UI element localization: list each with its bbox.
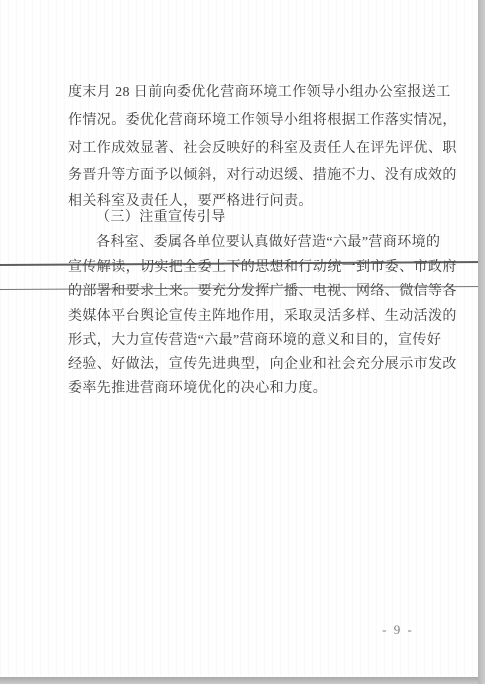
section-heading: （三）注重宣传引导 bbox=[96, 209, 434, 229]
page-number: - 9 - bbox=[372, 622, 424, 638]
body-text-line: 宣传解读，切实把全委上下的思想和行动统一到市委、市政府 bbox=[68, 259, 434, 279]
body-text-line: 的部署和要求上来。要充分发挥广播、电视、网络、微信等各 bbox=[68, 283, 434, 303]
document-page: 度末月 28 日前向委优化营商环境工作领导小组办公室报送工 作情况。委优化营商环… bbox=[0, 0, 478, 677]
body-text-line: 经验、好做法，宣传先进典型，向企业和社会充分展示市发改 bbox=[68, 356, 434, 376]
scan-background: 度末月 28 日前向委优化营商环境工作领导小组办公室报送工 作情况。委优化营商环… bbox=[0, 0, 485, 684]
body-text-line: 务晋升等方面予以倾斜，对行动迟缓、措施不力、没有成效的 bbox=[68, 167, 434, 187]
body-text-line: 类媒体平台舆论宣传主阵地作用，采取灵活多样、生动活泼的 bbox=[68, 308, 434, 328]
body-text-line: 度末月 28 日前向委优化营商环境工作领导小组办公室报送工 bbox=[68, 84, 434, 104]
body-text-line: 对工作成效显著、社会反映好的科室及责任人在评先评优、职 bbox=[68, 140, 434, 160]
page-right-shadow-edge bbox=[478, 0, 485, 684]
body-text-line: 各科室、委属各单位要认真做好营造“六最”营商环境的 bbox=[96, 234, 434, 254]
body-text-line: 形式，大力宣传营造“六最”营商环境的意义和目的，宣传好 bbox=[68, 332, 434, 352]
page-bottom-shadow-edge bbox=[0, 677, 485, 684]
body-text-line: 委率先推进营商环境优化的决心和力度。 bbox=[68, 380, 434, 400]
body-text-line: 作情况。委优化营商环境工作领导小组将根据工作落实情况， bbox=[68, 112, 434, 132]
